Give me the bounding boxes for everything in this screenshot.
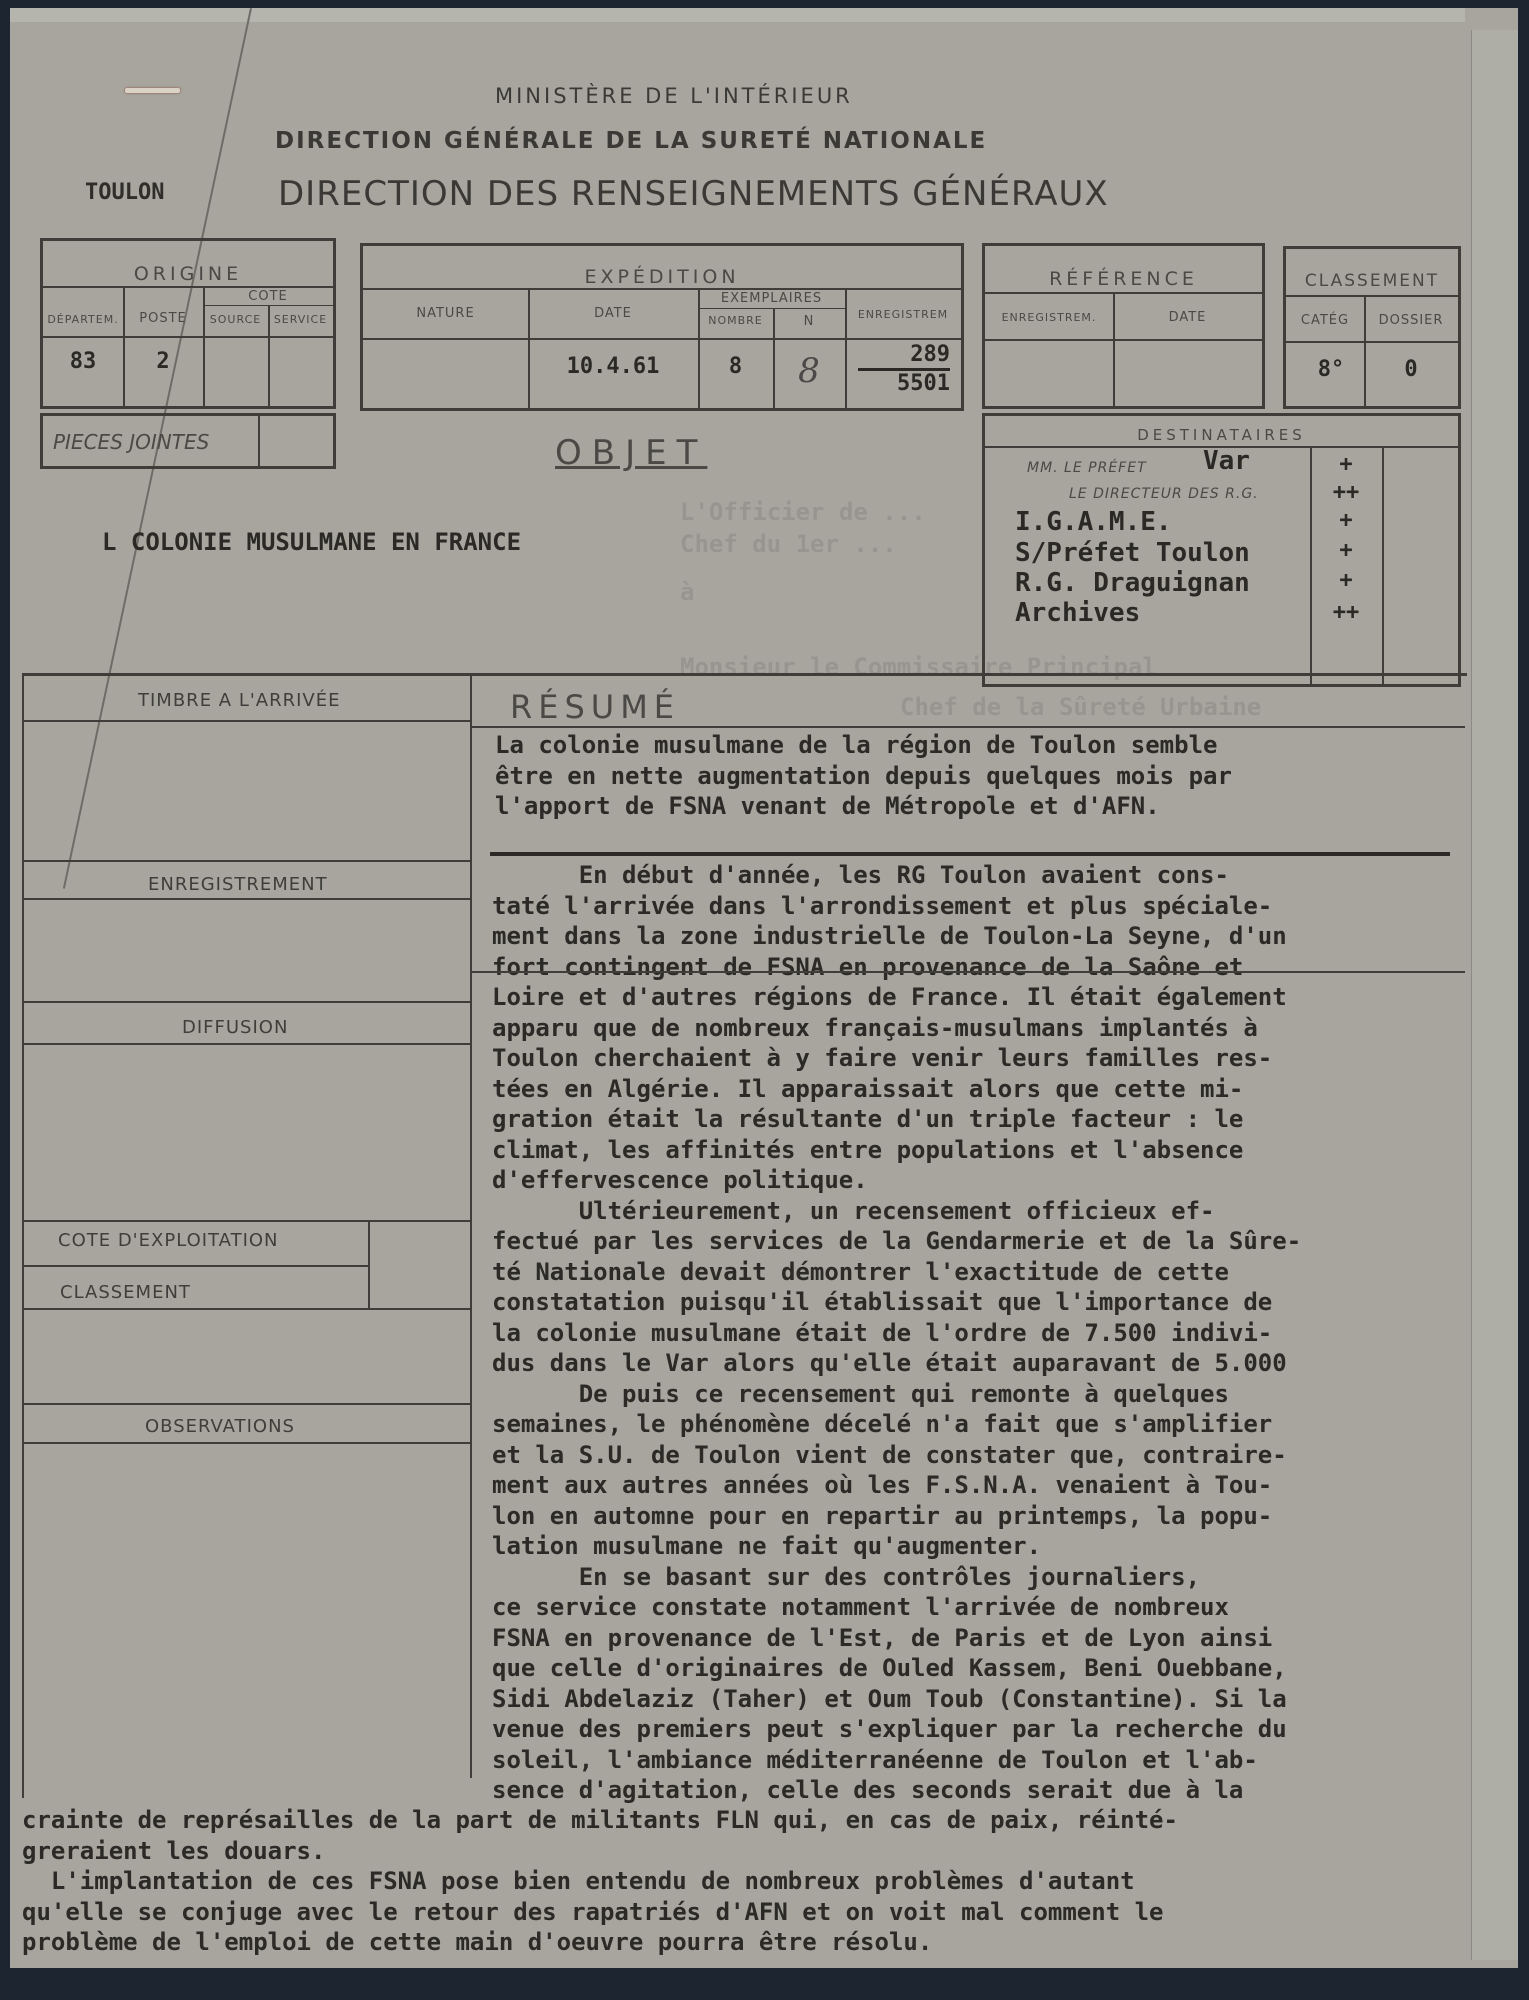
destinataire-mark: + (1310, 538, 1382, 563)
destinataires-title: DESTINATAIRES (985, 426, 1458, 444)
nombre-value: 8 (698, 354, 773, 379)
resume-body: En début d'année, les RG Toulon avaient … (492, 860, 1301, 1806)
reference-title: RÉFÉRENCE (985, 268, 1262, 290)
expedition-date-value: 10.4.61 (528, 354, 698, 379)
bleed-through-line: Chef du 1er ... (680, 530, 897, 558)
col-dossier: DOSSIER (1364, 313, 1458, 328)
col-categ: CATÉG (1286, 313, 1364, 328)
direction-rg-heading: DIRECTION DES RENSEIGNEMENTS GÉNÉRAUX (278, 174, 1109, 214)
destinataire-sous-prefet: S/Préfet Toulon (1015, 538, 1250, 568)
diffusion-label: DIFFUSION (182, 1017, 288, 1038)
pieces-jointes-box: PIECES JOINTES (40, 413, 336, 469)
summary-separator (490, 852, 1450, 856)
objet-title: OBJET (555, 433, 707, 473)
objet-value: L COLONIE MUSULMANE EN FRANCE (102, 528, 521, 556)
destinataire-prefet-label: MM. LE PRÉFET (1027, 460, 1147, 476)
col-n: N (773, 314, 845, 329)
col-nature: NATURE (363, 306, 528, 321)
col-ref-enregistrem: ENREGISTREM. (985, 311, 1113, 324)
col-departement: DÉPARTEM. (43, 313, 123, 326)
col-enregistrem: ENREGISTREM (845, 308, 961, 321)
pieces-jointes-label: PIECES JOINTES (53, 430, 209, 454)
bleed-through-line: à (680, 578, 694, 606)
destinataire-prefet-value: Var (1203, 446, 1250, 476)
categ-value: 8° (1286, 357, 1376, 382)
departement-value: 83 (43, 349, 123, 374)
classement-box: CLASSEMENT CATÉG DOSSIER 8° 0 (1283, 246, 1461, 409)
observations-label: OBSERVATIONS (145, 1416, 295, 1437)
destinataires-box: DESTINATAIRES MM. LE PRÉFET Var + LE DIR… (982, 413, 1461, 687)
classement-left-label: CLASSEMENT (60, 1282, 191, 1303)
cote-exploitation-label: COTE D'EXPLOITATION (58, 1230, 279, 1251)
destinataire-mark: ++ (1310, 480, 1382, 505)
destinataire-mark: ++ (1310, 600, 1382, 625)
staple-icon (125, 88, 180, 93)
resume-footer: crainte de représailles de la part de mi… (22, 1805, 1178, 1958)
expedition-box: EXPÉDITION NATURE DATE EXEMPLAIRES NOMBR… (360, 243, 964, 411)
form-divider (22, 673, 1467, 676)
paper-edge (10, 8, 1465, 22)
office-stamp: TOULON (85, 180, 164, 205)
timbre-arrivee-label: TIMBRE A L'ARRIVÉE (138, 690, 341, 711)
destinataire-rg-draguignan: R.G. Draguignan (1015, 568, 1250, 598)
dossier-value: 0 (1364, 357, 1458, 382)
col-ref-date: DATE (1113, 310, 1262, 325)
resume-title: RÉSUMÉ (510, 688, 680, 726)
enregistrem-bottom-value: 5501 (845, 371, 950, 396)
resume-summary: La colonie musulmane de la région de Tou… (495, 730, 1232, 822)
col-source: SOURCE (203, 313, 268, 326)
underlying-page-edge (1471, 30, 1518, 1960)
origine-title: ORIGINE (43, 263, 333, 285)
origine-box: ORIGINE COTE DÉPARTEM. POSTE SOURCE SERV… (40, 238, 336, 409)
destinataire-mark: + (1310, 568, 1382, 593)
n-handwritten-value: 8 (773, 351, 845, 391)
enregistrem-top-value: 289 (845, 342, 950, 367)
poste-value: 2 (123, 349, 203, 374)
col-poste: POSTE (123, 311, 203, 326)
column-divider (470, 673, 472, 1778)
col-exemplaires: EXEMPLAIRES (698, 291, 845, 306)
col-nombre: NOMBRE (698, 314, 773, 327)
document-page: MINISTÈRE DE L'INTÉRIEUR DIRECTION GÉNÉR… (10, 8, 1518, 1968)
enregistrement-label: ENREGISTREMENT (148, 874, 328, 895)
destinataire-mark: + (1310, 452, 1382, 477)
col-date: DATE (528, 306, 698, 321)
ministry-heading: MINISTÈRE DE L'INTÉRIEUR (495, 84, 853, 108)
destinataire-mark: + (1310, 508, 1382, 533)
col-service: SERVICE (268, 313, 333, 326)
destinataire-archives: Archives (1015, 598, 1140, 628)
reference-box: RÉFÉRENCE ENREGISTREM. DATE (982, 243, 1265, 409)
bleed-through-line: L'Officier de ... (680, 498, 926, 526)
destinataire-directeur-label: LE DIRECTEUR DES R.G. (1069, 486, 1259, 502)
destinataire-igame: I.G.A.M.E. (1015, 507, 1172, 537)
bleed-through-line: Chef de la Sûreté Urbaine (900, 693, 1261, 721)
expedition-title: EXPÉDITION (363, 266, 961, 288)
direction-generale-heading: DIRECTION GÉNÉRALE DE LA SURETÉ NATIONAL… (275, 128, 987, 154)
left-border (22, 673, 24, 1798)
cote-label: COTE (203, 289, 333, 304)
classement-title: CLASSEMENT (1286, 271, 1458, 291)
